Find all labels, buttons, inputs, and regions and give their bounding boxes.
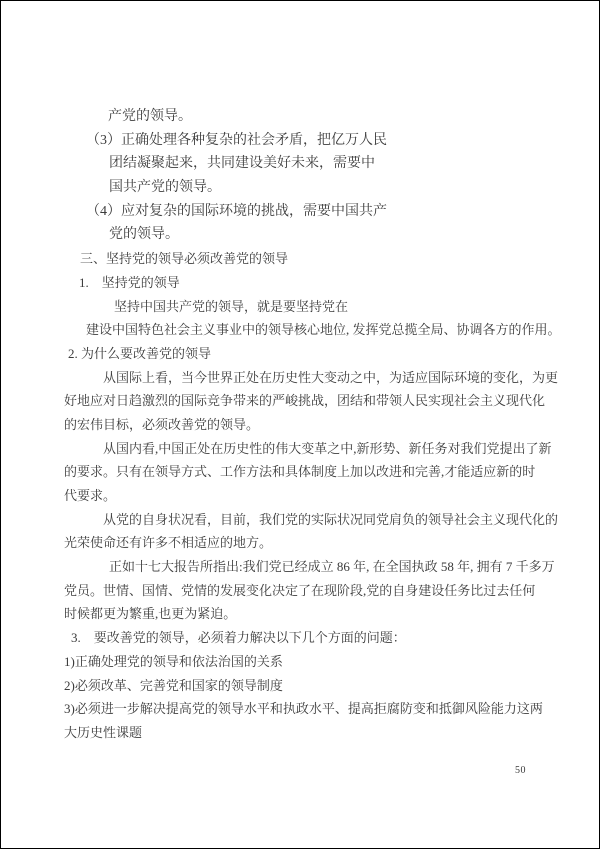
body-line: 正如十七大报告所指出:我们党已经成立 86 年, 在全国执政 58 年, 拥有 …: [1, 555, 600, 579]
section-heading: 三、坚持党的领导必须改善党的领导: [1, 247, 600, 271]
text-block: 产党的领导。 （3）正确处理各种复杂的社会矛盾，把亿万人民 团结凝聚起来，共同建…: [1, 105, 600, 745]
page-number: 50: [515, 765, 526, 777]
body-line: 好地应对日趋激烈的国际竞争带来的严峻挑战，团结和带领人民实现社会主义现代化: [1, 389, 600, 413]
body-line: 从国际上看，当今世界正处在历史性大变动之中，为适应国际环境的变化，为更: [1, 366, 600, 390]
slide-text-line: 产党的领导。: [1, 105, 600, 129]
subsection-heading-3: 3. 要改善党的领导，必须着力解决以下几个方面的问题：: [1, 626, 600, 650]
subsection-heading-2: 2. 为什么要改善党的领导: [1, 342, 600, 366]
slide-list-item-4: （4）应对复杂的国际环境的挑战，需要中国共产: [1, 200, 600, 224]
slide-text-line: 党的领导。: [1, 223, 600, 247]
body-line: 从国内看,中国正处在历史性的伟大变革之中,新形势、新任务对我们党提出了新: [1, 437, 600, 461]
body-line: 从党的自身状况看，目前，我们党的实际状况同党肩负的领导社会主义现代化的: [1, 508, 600, 532]
body-line: 党员。世情、国情、党情的发展变化决定了在现阶段,党的自身建设任务比过去任何: [1, 579, 600, 603]
list-item-line: 大历史性课题: [1, 721, 600, 745]
body-line: 坚持中国共产党的领导，就是要坚持党在: [1, 295, 600, 319]
body-line: 建设中国特色社会主义事业中的领导核心地位, 发挥党总揽全局、协调各方的作用。: [1, 318, 600, 342]
slide-text-line: 团结凝聚起来，共同建设美好未来，需要中: [1, 152, 600, 176]
body-line: 光荣使命还有许多不相适应的地方。: [1, 531, 600, 555]
document-page: 产党的领导。 （3）正确处理各种复杂的社会矛盾，把亿万人民 团结凝聚起来，共同建…: [0, 0, 600, 849]
body-line: 的宏伟目标，必须改善党的领导。: [1, 413, 600, 437]
body-line: 时候都更为繁重,也更为紧迫。: [1, 602, 600, 626]
subsection-heading-1: 1. 坚持党的领导: [1, 271, 600, 295]
list-item-line: 2)必须改革、完善党和国家的领导制度: [1, 674, 600, 698]
list-item-line: 1)正确处理党的领导和依法治国的关系: [1, 650, 600, 674]
body-line: 代要求。: [1, 484, 600, 508]
slide-text-line: 国共产党的领导。: [1, 176, 600, 200]
list-item-line: 3)必须进一步解决提高党的领导水平和执政水平、提高拒腐防变和抵御风险能力这两: [1, 697, 600, 721]
body-line: 的要求。只有在领导方式、工作方法和具体制度上加以改进和完善,才能适应新的时: [1, 460, 600, 484]
slide-list-item-3: （3）正确处理各种复杂的社会矛盾，把亿万人民: [1, 129, 600, 153]
